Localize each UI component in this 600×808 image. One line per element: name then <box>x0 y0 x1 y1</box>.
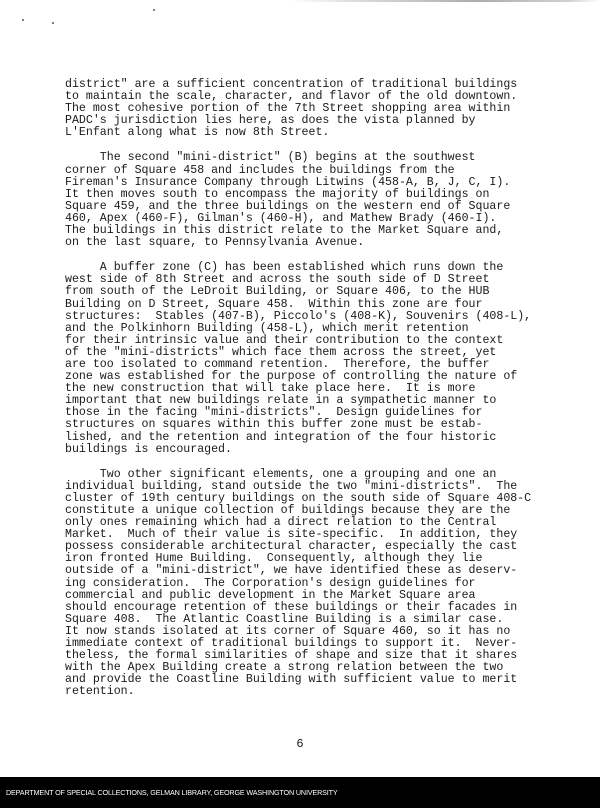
text-line: are too isolated to command retention. T… <box>65 358 489 371</box>
text-line: structures: Stables (407-B), Piccolo's (… <box>65 310 531 323</box>
text-line: lished, and the retention and integratio… <box>65 431 496 444</box>
text-line: individual building, stand outside the t… <box>65 480 517 493</box>
text-line: Square 408. The Atlantic Coastline Build… <box>65 613 503 626</box>
text-line: and provide the Coastline Building with … <box>65 673 517 686</box>
text-line: on the last square, to Pennsylvania Aven… <box>65 236 364 249</box>
paragraph-1: district" are a sufficient concentration… <box>65 79 565 139</box>
text-line: The second "mini-district" (B) begins at… <box>65 151 476 164</box>
text-line: L'Enfant along what is now 8th Street. <box>65 126 329 139</box>
text-line: the new construction that will take plac… <box>65 382 476 395</box>
text-line: structures on squares within this buffer… <box>65 418 482 431</box>
text-line: should encourage retention of these buil… <box>65 601 517 614</box>
text-line: The most cohesive portion of the 7th Str… <box>65 102 510 115</box>
text-line: important that new buildings relate in a… <box>65 394 496 407</box>
text-line: Two other significant elements, one a gr… <box>65 468 496 481</box>
text-line: constitute a unique collection of buildi… <box>65 504 510 517</box>
archive-footer: DEPARTMENT OF SPECIAL COLLECTIONS, GELMA… <box>0 777 600 808</box>
text-line: corner of Square 458 and includes the bu… <box>65 164 455 177</box>
text-line: A buffer zone (C) has been established w… <box>65 261 503 274</box>
text-line: Building on D Street, Square 458. Within… <box>65 298 482 311</box>
text-line: those in the facing "mini-districts". De… <box>65 406 482 419</box>
paragraph-3: A buffer zone (C) has been established w… <box>65 262 565 456</box>
text-line: possess considerable architectural chara… <box>65 540 517 553</box>
paragraph-2: The second "mini-district" (B) begins at… <box>65 152 565 249</box>
text-line: retention. <box>65 685 135 698</box>
scan-edge-artifact <box>290 0 600 2</box>
text-line: commercial and public development in the… <box>65 589 476 602</box>
text-line: of the "mini-districts" which face them … <box>65 346 496 359</box>
text-line: zone was established for the purpose of … <box>65 370 517 383</box>
text-line: only ones remaining which had a direct r… <box>65 516 496 529</box>
text-line: PADC's jurisdiction lies here, as does t… <box>65 114 476 127</box>
text-line: The buildings in this district relate to… <box>65 224 503 237</box>
text-line: district" are a sufficient concentration… <box>65 78 517 91</box>
text-line: west side of 8th Street and across the s… <box>65 273 489 286</box>
text-line: immediate context of traditional buildin… <box>65 637 517 650</box>
text-line: It then moves south to encompass the maj… <box>65 188 489 201</box>
text-line: and the Polkinhorn Building (458-L), whi… <box>65 322 469 335</box>
text-line: outside of a "mini-district", we have id… <box>65 564 517 577</box>
text-line: from south of the LeDroit Building, or S… <box>65 285 489 298</box>
text-line: with the Apex Building create a strong r… <box>65 661 503 674</box>
paragraph-4: Two other significant elements, one a gr… <box>65 469 565 699</box>
text-line: ing consideration. The Corporation's des… <box>65 577 476 590</box>
text-line: to maintain the scale, character, and fl… <box>65 90 517 103</box>
archive-credit: DEPARTMENT OF SPECIAL COLLECTIONS, GELMA… <box>6 788 338 797</box>
text-line: iron fronted Hume Building. Consequently… <box>65 552 482 565</box>
text-line: It now stands isolated at its corner of … <box>65 625 510 638</box>
text-line: Market. Much of their value is site-spec… <box>65 528 517 541</box>
text-line: for their intrinsic value and their cont… <box>65 334 503 347</box>
text-line: theless, the formal similarities of shap… <box>65 649 517 662</box>
scan-speck <box>153 9 155 11</box>
page-number: 6 <box>0 737 600 751</box>
scan-speck <box>52 22 54 24</box>
text-line: 460, Apex (460-F), Gilman's (460-H), and… <box>65 212 496 225</box>
text-line: buildings is encouraged. <box>65 443 232 456</box>
text-line: cluster of 19th century buildings on the… <box>65 492 531 505</box>
text-line: Square 459, and the three buildings on t… <box>65 200 510 213</box>
text-line: Fireman's Insurance Company through Litw… <box>65 176 510 189</box>
document-body: district" are a sufficient concentration… <box>65 79 565 699</box>
scan-speck <box>22 19 24 21</box>
